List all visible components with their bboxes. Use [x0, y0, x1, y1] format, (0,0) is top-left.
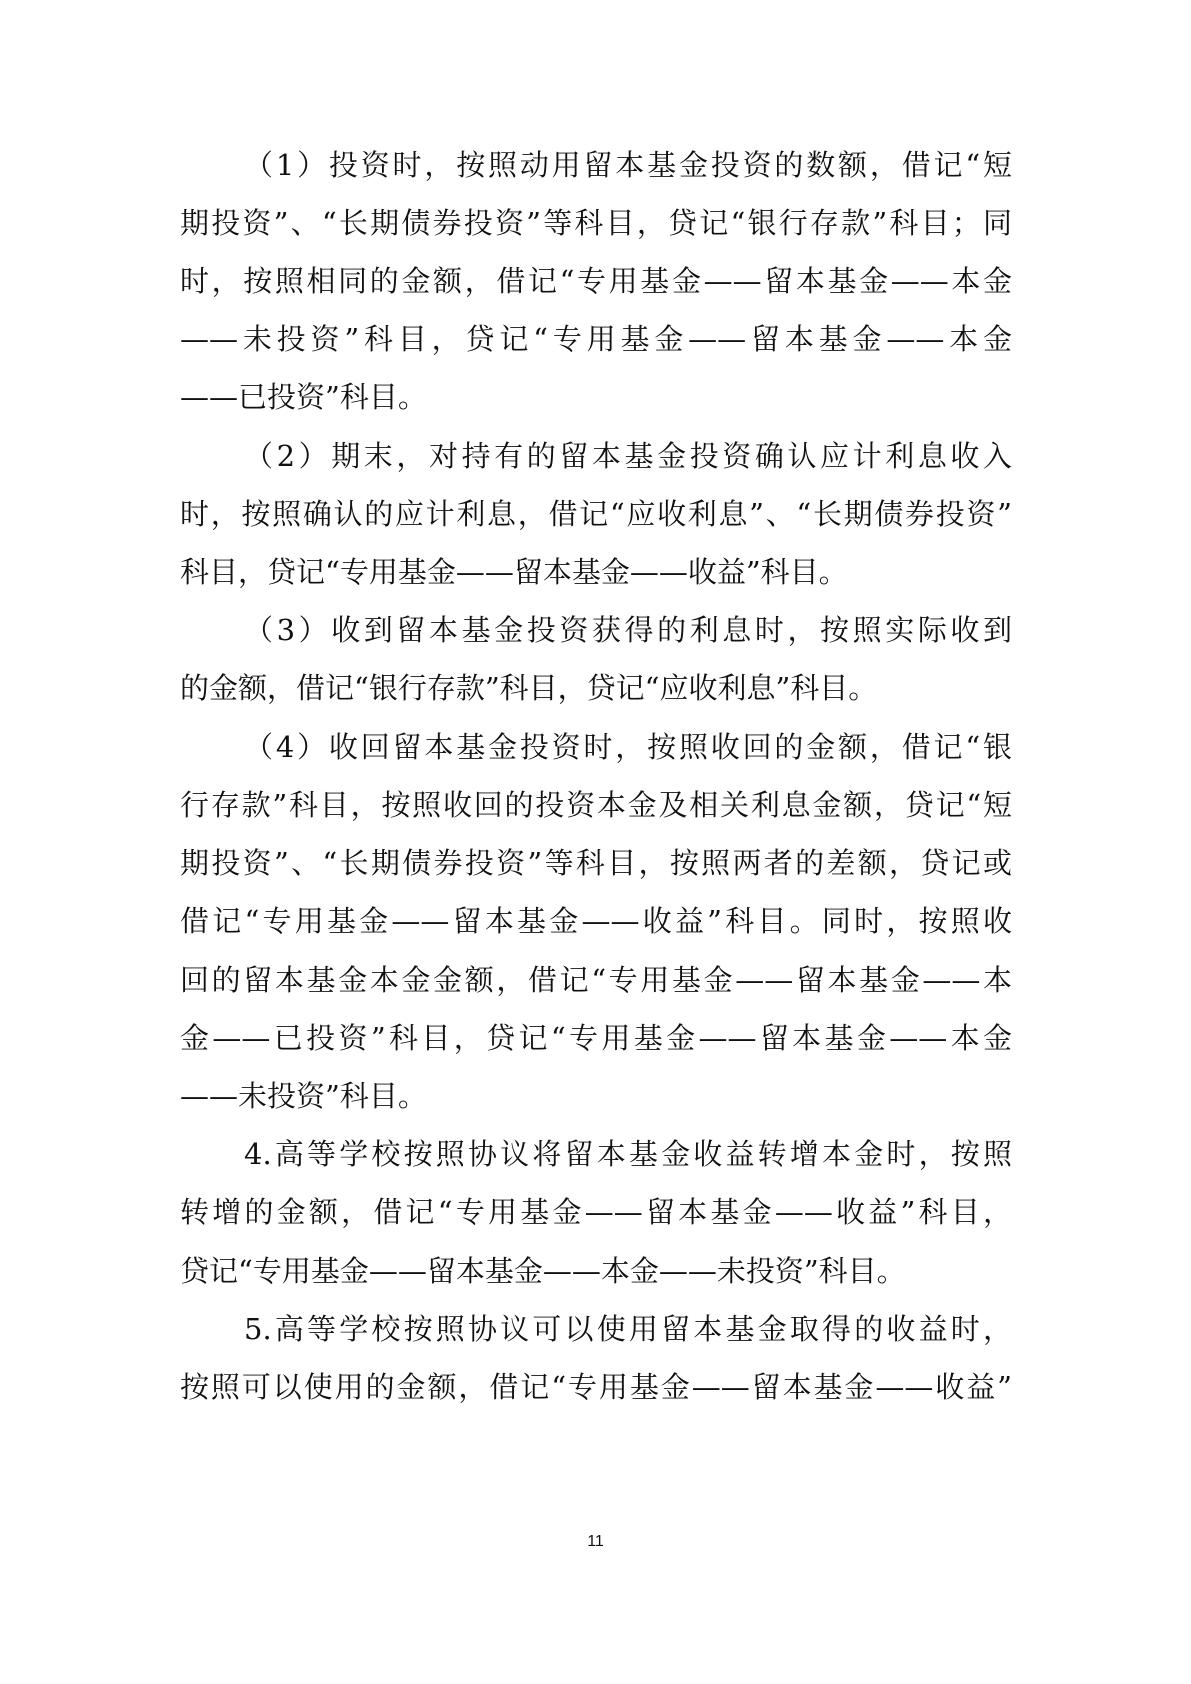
text-line: 贷记“专用基金——留本基金——本金——未投资”科目。: [180, 1251, 1012, 1291]
text-line: 期投资”、“长期债券投资”等科目，按照两者的差额，贷记或: [180, 843, 1012, 883]
text-line: 时，按照相同的金额，借记“专用基金——留本基金——本金: [180, 261, 1012, 301]
text-line: ——未投资”科目，贷记“专用基金——留本基金——本金: [180, 319, 1012, 359]
page-number: 11: [0, 1532, 1191, 1552]
text-line: 转增的金额，借记“专用基金——留本基金——收益”科目，: [180, 1192, 1012, 1232]
text-line: （1）投资时，按照动用留本基金投资的数额，借记“短: [244, 145, 1012, 185]
text-line: 的金额，借记“银行存款”科目，贷记“应收利息”科目。: [180, 668, 1012, 708]
text-line: 科目，贷记“专用基金——留本基金——收益”科目。: [180, 552, 1012, 592]
text-line: 金——已投资”科目，贷记“专用基金——留本基金——本金: [180, 1018, 1012, 1058]
text-line: （4）收回留本基金投资时，按照收回的金额，借记“银: [244, 727, 1012, 767]
text-line: 回的留本基金本金金额，借记“专用基金——留本基金——本: [180, 960, 1012, 1000]
text-line: （2）期末，对持有的留本基金投资确认应计利息收入: [244, 436, 1012, 476]
text-line: 期投资”、“长期债券投资”等科目，贷记“银行存款”科目；同: [180, 203, 1012, 243]
text-line: ——已投资”科目。: [180, 377, 1012, 417]
text-line: 5.高等学校按照协议可以使用留本基金取得的收益时，: [244, 1309, 1012, 1349]
text-line: 行存款”科目，按照收回的投资本金及相关利息金额，贷记“短: [180, 785, 1012, 825]
text-line: ——未投资”科目。: [180, 1076, 1012, 1116]
text-line: 借记“专用基金——留本基金——收益”科目。同时，按照收: [180, 901, 1012, 941]
text-line: （3）收到留本基金投资获得的利息时，按照实际收到: [244, 610, 1012, 650]
text-line: 4.高等学校按照协议将留本基金收益转增本金时，按照: [244, 1134, 1012, 1174]
document-page: （1）投资时，按照动用留本基金投资的数额，借记“短 期投资”、“长期债券投资”等…: [0, 0, 1191, 1684]
text-line: 按照可以使用的金额，借记“专用基金——留本基金——收益”: [180, 1367, 1012, 1407]
text-line: 时，按照确认的应计利息，借记“应收利息”、“长期债券投资”: [180, 494, 1012, 534]
